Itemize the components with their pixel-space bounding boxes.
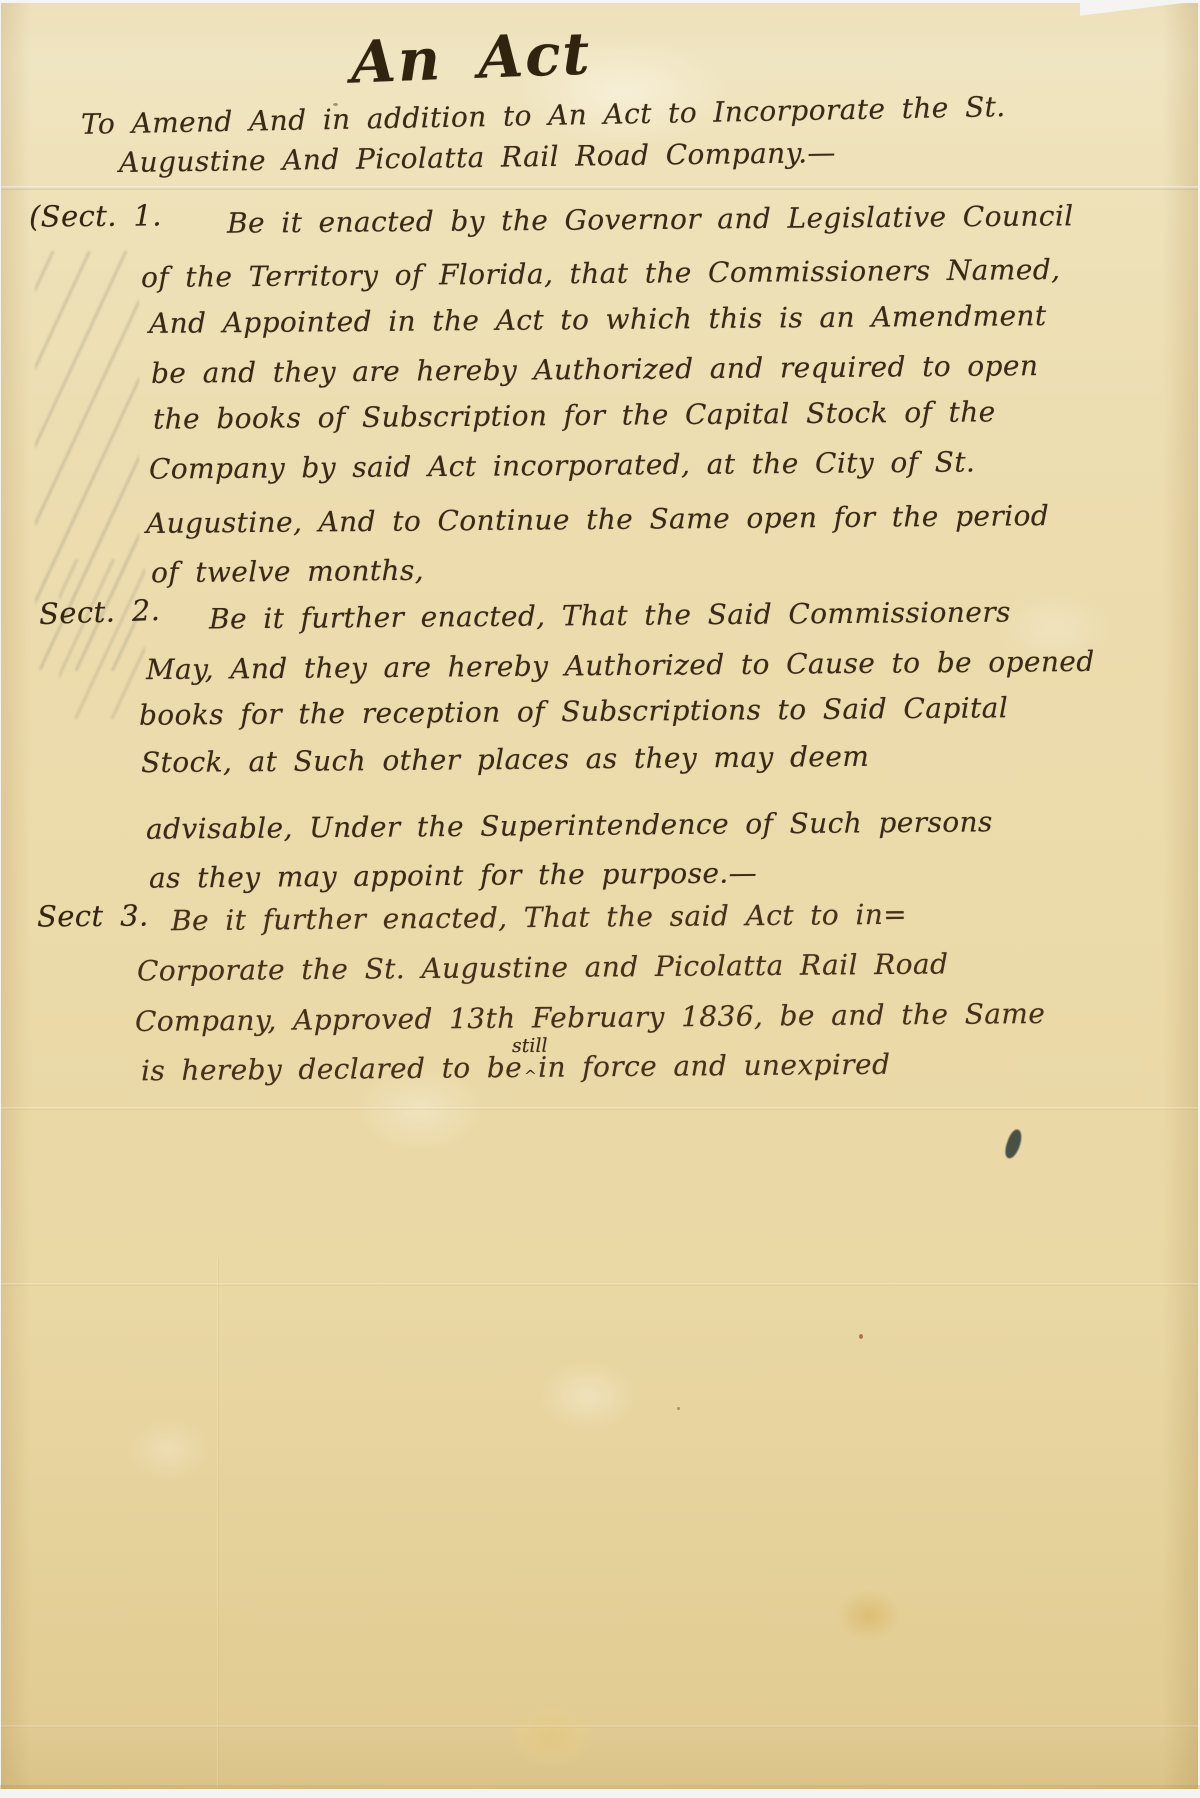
caret-insertion-mark: ^	[524, 1059, 537, 1093]
fold-crease	[1, 186, 1198, 190]
manuscript-line: of twelve months,	[151, 554, 424, 590]
manuscript-line: books for the reception of Subscriptions…	[139, 691, 1008, 733]
manuscript-page: An Act To Amend And in addition to An Ac…	[1, 3, 1198, 1789]
paper-speck	[677, 1407, 680, 1410]
manuscript-line: be and they are hereby Authorized and re…	[151, 349, 1039, 391]
section-label: (Sect. 1.	[29, 198, 162, 233]
scanned-document: { "colors": { "ink": "#3a2a15", "paper":…	[0, 0, 1200, 1798]
manuscript-line: Be it further enacted, That the Said Com…	[209, 596, 1011, 637]
manuscript-line: Be it enacted by the Governor and Legisl…	[227, 199, 1074, 240]
manuscript-line: as they may appoint for the purpose.—	[149, 856, 757, 895]
document-title: An Act	[330, 20, 612, 97]
scan-edge	[0, 1789, 1200, 1798]
fold-crease-vertical	[217, 1258, 219, 1789]
manuscript-line: And Appointed in the Act to which this i…	[149, 299, 1047, 341]
fold-crease	[1, 1725, 1198, 1728]
line-part-after: in force and unexpired	[538, 1048, 890, 1084]
manuscript-line: Be it further enacted, That the said Act…	[171, 898, 907, 938]
manuscript-line: the books of Subscription for the Capita…	[153, 395, 996, 436]
manuscript-line: Augustine, And to Continue the Same open…	[146, 499, 1049, 541]
manuscript-line: Stock, at Such other places as they may …	[141, 740, 870, 780]
section-label: Sect. 2.	[38, 593, 160, 631]
manuscript-line-with-insertion: is hereby declared to bestill^in force a…	[141, 1048, 891, 1089]
ink-bleedthrough	[59, 559, 145, 719]
manuscript-line: Company, Approved 13th February 1836, be…	[135, 997, 1046, 1039]
preamble-line: To Amend And in addition to An Act to In…	[81, 90, 1006, 142]
manuscript-line: Company by said Act incorporated, at the…	[149, 445, 976, 486]
manuscript-line: advisable, Under the Superintendence of …	[146, 805, 993, 846]
interlinear-insertion: still^	[522, 1067, 538, 1077]
ink-blot	[1002, 1128, 1024, 1161]
section-label: Sect 3.	[37, 899, 149, 934]
manuscript-line: Corporate the St. Augustine and Picolatt…	[137, 947, 949, 988]
line-part-before: is hereby declared to be	[141, 1051, 522, 1087]
fold-crease	[1, 1107, 1198, 1110]
manuscript-line: May, And they are hereby Authorized to C…	[146, 645, 1095, 687]
preamble-line: Augustine And Picolatta Rail Road Compan…	[119, 136, 836, 180]
fold-crease	[1, 1283, 1198, 1286]
scan-edge	[0, 0, 1200, 3]
manuscript-line: of the Territory of Florida, that the Co…	[141, 253, 1061, 295]
paper-speck	[859, 1334, 863, 1339]
